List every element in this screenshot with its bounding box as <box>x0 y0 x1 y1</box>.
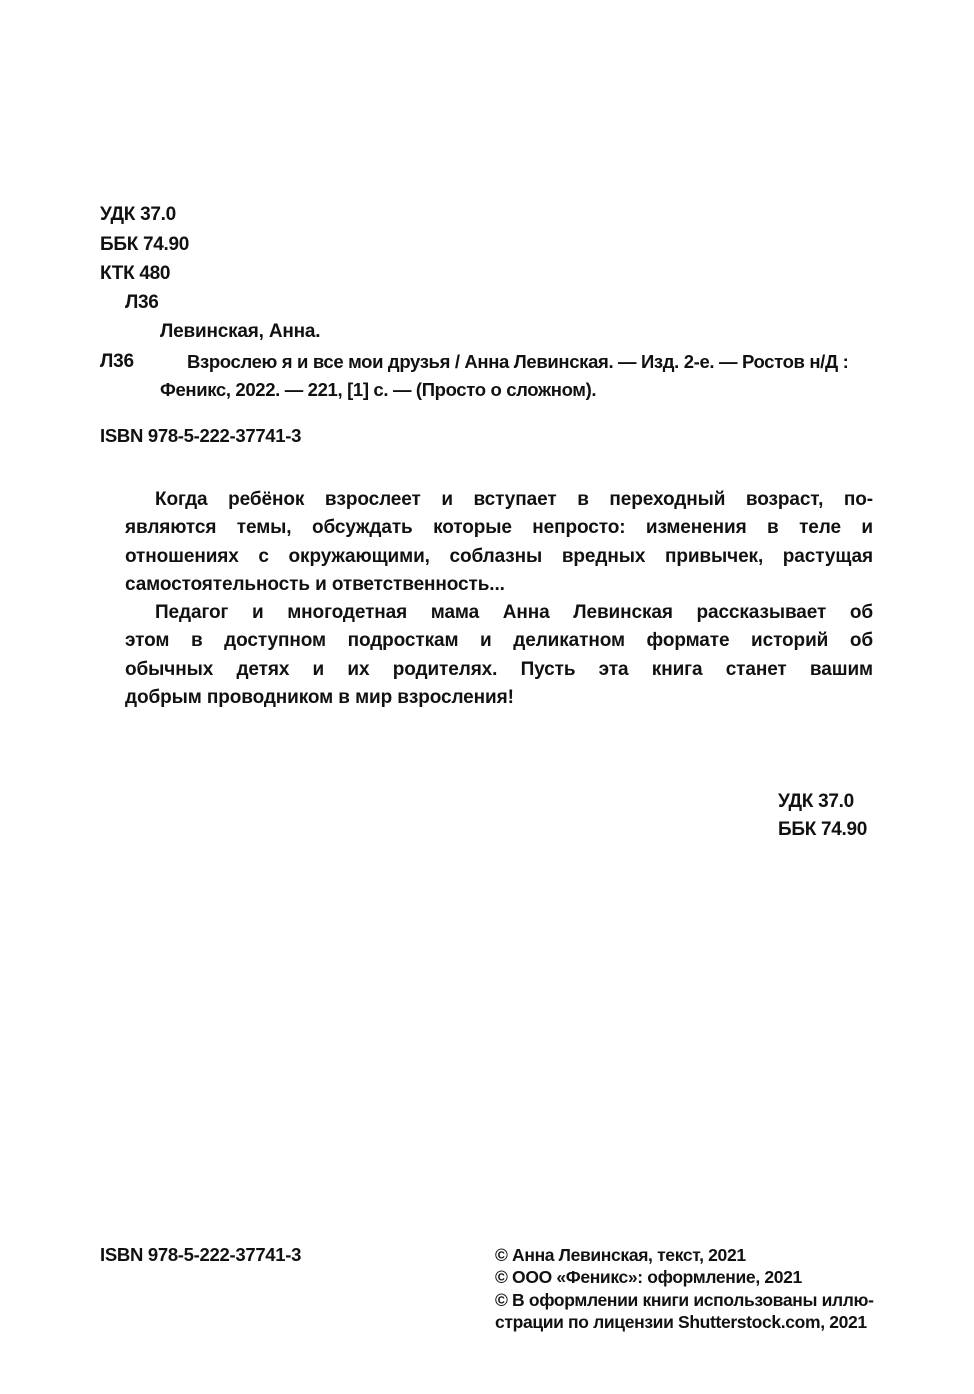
copyright-line: страции по лицензии Shutterstock.com, 20… <box>495 1311 874 1333</box>
annotation-line: отношениях с окружающими, соблазны вредн… <box>125 543 873 571</box>
imprint-page: УДК 37.0 ББК 74.90 КТК 480 Л36 Левинская… <box>0 0 974 1394</box>
bbk-code-right: ББК 74.90 <box>778 816 867 843</box>
udk-code: УДК 37.0 <box>100 201 176 228</box>
author-mark: Л36 <box>125 289 159 316</box>
annotation-line: добрым проводником в мир взросления! <box>125 684 873 712</box>
copyright-block: © Анна Левинская, текст, 2021 © ООО «Фен… <box>495 1244 874 1333</box>
annotation: Когда ребёнок взрослеет и вступает в пер… <box>125 486 873 712</box>
annotation-line: Педагог и многодетная мама Анна Левинска… <box>125 599 873 627</box>
udk-code-right: УДК 37.0 <box>778 788 854 815</box>
annotation-line: являются темы, обсуждать которые непрост… <box>125 514 873 542</box>
copyright-line: © ООО «Феникс»: оформление, 2021 <box>495 1266 874 1288</box>
bibliographic-line-2: Феникс, 2022. — 221, [1] с. — (Просто о … <box>160 379 596 401</box>
annotation-line: обычных детях и их родителях. Пусть эта … <box>125 656 873 684</box>
isbn-footer: ISBN 978-5-222-37741-3 <box>100 1244 301 1266</box>
annotation-line: самостоятельность и ответственность... <box>125 571 873 599</box>
annotation-paragraph-2: Педагог и многодетная мама Анна Левинска… <box>125 599 873 712</box>
annotation-paragraph-1: Когда ребёнок взрослеет и вступает в пер… <box>125 486 873 599</box>
annotation-line: этом в доступном подросткам и деликатном… <box>125 627 873 655</box>
ktk-code: КТК 480 <box>100 260 170 287</box>
isbn-top: ISBN 978-5-222-37741-3 <box>100 425 301 447</box>
author-heading: Левинская, Анна. <box>160 321 320 343</box>
bbk-code: ББК 74.90 <box>100 231 189 258</box>
copyright-line: © Анна Левинская, текст, 2021 <box>495 1244 874 1266</box>
annotation-line: Когда ребёнок взрослеет и вступает в пер… <box>125 486 873 514</box>
record-author-mark: Л36 <box>100 351 134 373</box>
copyright-line: © В оформлении книги использованы иллю- <box>495 1289 874 1311</box>
bibliographic-line-1: Взрослею я и все мои друзья / Анна Левин… <box>187 351 848 373</box>
